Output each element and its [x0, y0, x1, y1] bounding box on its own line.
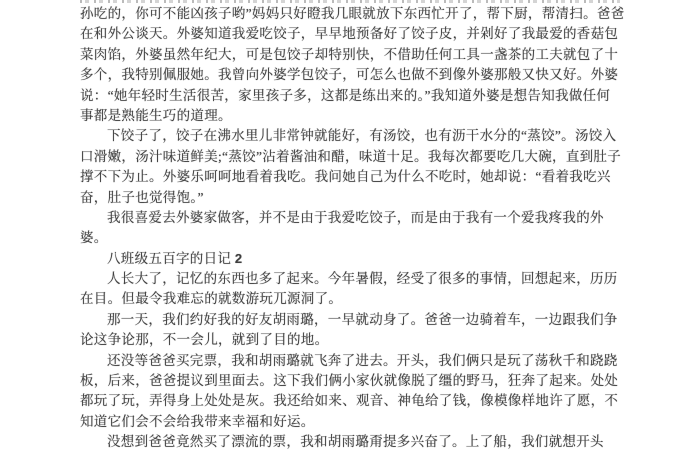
text-line-content: 我很喜爱去外婆家做客，并不是由于我爱吃饺子，而是由于我有一个爱我疼我的外 — [107, 210, 604, 225]
text-line: 人长大了，记忆的东西也多了起来。今年暑假，经受了很多的事情，回想起来，历历 — [80, 269, 620, 289]
text-line: 孙吃的，你可不能凶孩子哟”妈妈只好瞪我几眼就放下东西忙开了，帮下厨，帮清扫。爸爸 — [80, 4, 620, 24]
text-line: 菜肉馅，外婆虽然年纪大，可是包饺子却特别快，不借助任何工具一盏茶的工夫就包了十 — [80, 45, 620, 65]
text-line: 说：“她年轻时生活很苦，家里孩子多，这都是练出来的。”我知道外婆是想告知我做任何 — [80, 86, 620, 106]
section-heading-number: 2 — [235, 251, 243, 266]
section-heading: 八班级五百字的日记 2 — [80, 249, 620, 269]
text-line-content: 多个，我特别佩服她。我曾向外婆学包饺子，可怎么也做不到像外婆那般又快又好。外婆 — [80, 67, 618, 82]
text-line: 板，后来，爸爸提议到里面去。这下我们俩小家伙就像脱了缰的野马，狂奔了起来。处处 — [80, 371, 620, 391]
text-line: 在目。但最令我难忘的就数游玩兀源洞了。 — [80, 289, 620, 309]
text-line: 撑不下为止。外婆乐呵呵地看着我吃。我问她自己为什么不吃时，她却说：“看着我吃兴 — [80, 167, 620, 187]
section-heading-text: 八班级五百字的日记 — [107, 251, 235, 266]
text-line-content: 说：“她年轻时生活很苦，家里孩子多，这都是练出来的。”我知道外婆是想告知我做任何 — [80, 88, 610, 103]
text-line-content: 婆。 — [80, 230, 108, 245]
text-line: 多个，我特别佩服她。我曾向外婆学包饺子，可怎么也做不到像外婆那般又快又好。外婆 — [80, 65, 620, 85]
text-line: 都玩了玩，弄得身上处处是灰。我还给如来、观音、神龟给了钱，像模像样地许了愿，不 — [80, 391, 620, 411]
text-line-content: 下饺子了，饺子在沸水里儿非常钟就能好，有汤饺，也有沥干水分的“蒸饺”。汤饺入 — [107, 128, 616, 143]
document-page: 孙吃的，你可不能凶孩子哟”妈妈只好瞪我几眼就放下东西忙开了，帮下厨，帮清扫。爸爸… — [0, 0, 700, 470]
text-line: 那一天，我们约好我的好友胡雨璐，一早就动身了。爸爸一边骑着车，一边跟我们争 — [80, 310, 620, 330]
text-line: 口滑嫩，汤汁味道鲜美;“蒸饺”沾着酱油和醋，味道十足。我每次都要吃几大碗，直到肚… — [80, 147, 620, 167]
text-line: 在和外公谈天。外婆知道我爱吃饺子，早早地预备好了饺子皮，并剁好了我最爱的香菇包 — [80, 24, 620, 44]
text-line: 事都是熟能生巧的道理。 — [80, 106, 620, 126]
text-line: 没想到爸爸竟然买了漂流的票，我和胡雨璐甭提多兴奋了。上了船，我们就想开头 — [80, 432, 620, 452]
text-line-content: 还没等爸爸买完票，我和胡雨璐就飞奔了进去。开头，我们俩只是玩了荡秋千和跷跷 — [107, 353, 618, 368]
text-line-content: 撑不下为止。外婆乐呵呵地看着我吃。我问她自己为什么不吃时，她却说：“看着我吃兴 — [80, 169, 611, 184]
text-line: 还没等爸爸买完票，我和胡雨璐就飞奔了进去。开头，我们俩只是玩了荡秋千和跷跷 — [80, 351, 620, 371]
text-line-content: 口滑嫩，汤汁味道鲜美;“蒸饺”沾着酱油和醋，味道十足。我每次都要吃几大碗，直到肚… — [80, 149, 621, 164]
text-line-content: 知道它们会不会给我带来幸福和好运。 — [80, 414, 315, 429]
clipped-top-line-remnant — [80, 0, 620, 3]
text-line-content: 奋，肚子也觉得饱。” — [80, 190, 204, 205]
text-line: 我很喜爱去外婆家做客，并不是由于我爱吃饺子，而是由于我有一个爱我疼我的外 — [80, 208, 620, 228]
text-line-content: 菜肉馅，外婆虽然年纪大，可是包饺子却特别快，不借助任何工具一盏茶的工夫就包了十 — [80, 47, 618, 62]
text-line-content: 论这争论那，不一会儿，就到了目的地。 — [80, 332, 328, 347]
text-line-content: 都玩了玩，弄得身上处处是灰。我还给如来、观音、神龟给了钱，像模像样地许了愿，不 — [80, 393, 618, 408]
text-line-content: 板，后来，爸爸提议到里面去。这下我们俩小家伙就像脱了缰的野马，狂奔了起来。处处 — [80, 373, 618, 388]
essay-text-block: 孙吃的，你可不能凶孩子哟”妈妈只好瞪我几眼就放下东西忙开了，帮下厨，帮清扫。爸爸… — [80, 4, 620, 453]
text-line: 论这争论那，不一会儿，就到了目的地。 — [80, 330, 620, 350]
text-line-content: 孙吃的，你可不能凶孩子哟”妈妈只好瞪我几眼就放下东西忙开了，帮下厨，帮清扫。爸爸 — [80, 6, 625, 21]
text-line: 下饺子了，饺子在沸水里儿非常钟就能好，有汤饺，也有沥干水分的“蒸饺”。汤饺入 — [80, 126, 620, 146]
text-line: 知道它们会不会给我带来幸福和好运。 — [80, 412, 620, 432]
text-line-content: 那一天，我们约好我的好友胡雨璐，一早就动身了。爸爸一边骑着车，一边跟我们争 — [107, 312, 618, 327]
text-line: 婆。 — [80, 228, 620, 248]
text-line-content: 在和外公谈天。外婆知道我爱吃饺子，早早地预备好了饺子皮，并剁好了我最爱的香菇包 — [80, 26, 618, 41]
text-line-content: 人长大了，记忆的东西也多了起来。今年暑假，经受了很多的事情，回想起来，历历 — [107, 271, 618, 286]
text-line-content: 事都是熟能生巧的道理。 — [80, 108, 232, 123]
text-line-content: 没想到爸爸竟然买了漂流的票，我和胡雨璐甭提多兴奋了。上了船，我们就想开头 — [107, 434, 604, 449]
text-line: 奋，肚子也觉得饱。” — [80, 188, 620, 208]
text-line-content: 在目。但最令我难忘的就数游玩兀源洞了。 — [80, 291, 342, 306]
